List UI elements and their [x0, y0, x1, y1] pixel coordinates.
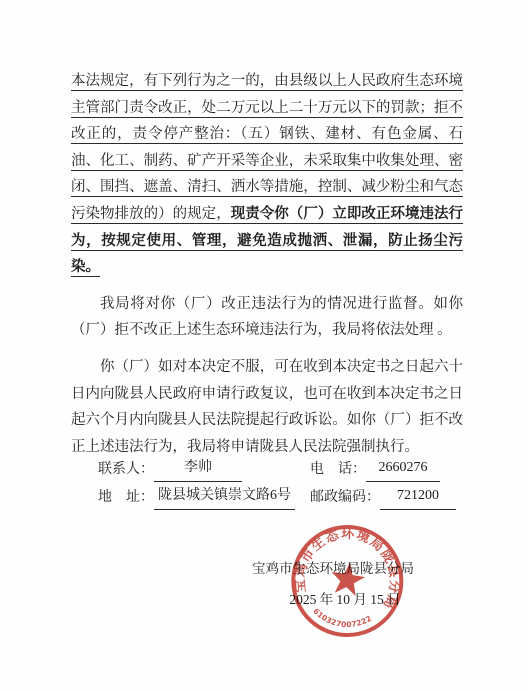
document-body: 本法规定，有下列行为之一的，由县级以上人民政府生态环境主管部门责令改正，处二万元… — [71, 68, 463, 460]
postcode-value: 721200 — [380, 484, 456, 510]
paragraph-legal-basis: 本法规定，有下列行为之一的，由县级以上人民政府生态环境主管部门责令改正，处二万元… — [71, 68, 463, 281]
phone-pair: 电 话： 2660276 — [310, 456, 440, 482]
contact-person-label: 联系人： — [98, 458, 154, 482]
contact-person-pair: 联系人： 李帅 — [98, 456, 310, 482]
contact-person-value: 李帅 — [154, 456, 242, 482]
paragraph-appeal-rights: 你（厂）如对本决定不服，可在收到本决定书之日起六十日内向陇县人民政府申请行政复议… — [71, 354, 463, 460]
signature-block: 宝鸡市生态环境局陇县分局 2025 年 10 月 15 日 — [222, 556, 444, 613]
phone-value: 2660276 — [366, 456, 440, 482]
issue-date: 2025 年 10 月 15 日 — [222, 587, 444, 613]
contact-block: 联系人： 李帅 电 话： 2660276 地 址： 陇县城关镇崇文路6号 邮政编… — [98, 456, 466, 512]
document-page: 本法规定，有下列行为之一的，由县级以上人民政府生态环境主管部门责令改正，处二万元… — [0, 0, 528, 691]
paragraph-supervision: 我局将对你（厂）改正违法行为的情况进行监督。如你（厂）拒不改正上述生态环境违法行… — [71, 291, 463, 344]
contact-row-1: 联系人： 李帅 电 话： 2660276 — [98, 456, 466, 482]
address-label: 地 址： — [98, 486, 154, 510]
postcode-label: 邮政编码： — [310, 486, 380, 510]
address-pair: 地 址： 陇县城关镇崇文路6号 — [98, 484, 310, 510]
issuing-agency: 宝鸡市生态环境局陇县分局 — [222, 556, 444, 582]
postcode-pair: 邮政编码： 721200 — [310, 484, 456, 510]
phone-label: 电 话： — [310, 458, 366, 482]
address-value: 陇县城关镇崇文路6号 — [154, 484, 295, 510]
legal-citation-text: 本法规定，有下列行为之一的，由县级以上人民政府生态环境主管部门责令改正，处二万元… — [71, 73, 463, 222]
contact-row-2: 地 址： 陇县城关镇崇文路6号 邮政编码： 721200 — [98, 484, 466, 510]
